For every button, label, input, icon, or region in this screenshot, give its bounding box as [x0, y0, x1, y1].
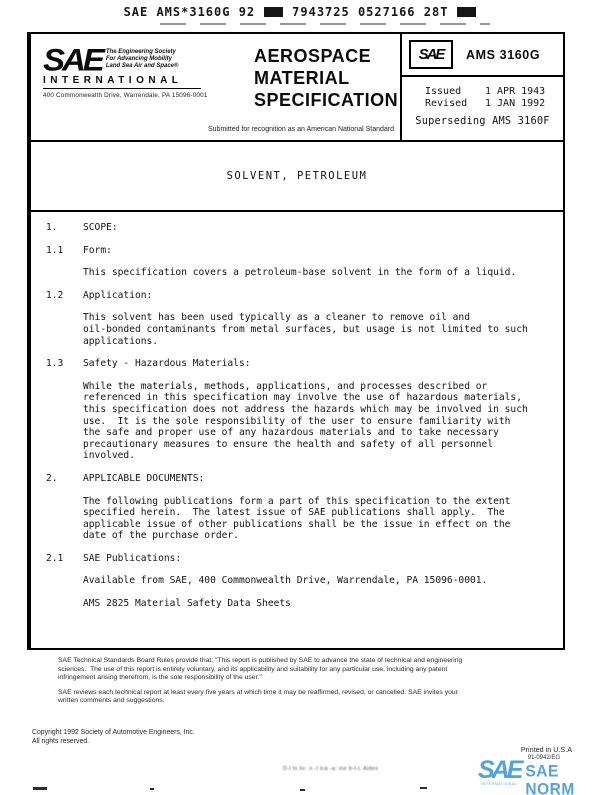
section-number: 1.: [46, 222, 83, 234]
doc-type-line: MATERIAL: [254, 67, 398, 89]
sae-international-label: INTERNATIONAL: [43, 75, 201, 89]
doc-number-row: SAE AMS 3160G: [402, 34, 563, 77]
section-heading: APPLICABLE DOCUMENTS:: [83, 473, 204, 485]
scan-block-icon: [457, 7, 476, 17]
spec-title: SOLVENT, PETROLEUM: [31, 142, 563, 212]
section-number: 2.: [46, 473, 83, 485]
publisher-panel: SAE The Engineering Society For Advancin…: [31, 34, 402, 140]
spec-frame: SAE The Engineering Society For Advancin…: [27, 32, 565, 650]
doc-number: AMS 3160G: [466, 48, 540, 62]
section-number: 1.1: [46, 245, 83, 257]
publisher-address: 400 Commonwealth Drive, Warrendale, PA 1…: [43, 92, 243, 99]
section-safety: 1.3 Safety - Hazardous Materials: While …: [46, 358, 549, 462]
scan-artifact: [300, 789, 305, 791]
section-number: 1.3: [46, 358, 83, 370]
norm-title: SAE NORM: [525, 763, 600, 795]
section-paragraph: The following publications form a part o…: [83, 496, 549, 542]
copyright-block: Copyright 1992 Society of Automotive Eng…: [32, 729, 195, 746]
section-sae-publications: 2.1 SAE Publications: Available from SAE…: [46, 553, 549, 610]
section-heading: Form:: [83, 245, 112, 257]
sae-tagline: The Engineering Society For Advancing Mo…: [106, 46, 179, 70]
section-paragraph: Available from SAE, 400 Commonwealth Dri…: [83, 575, 549, 587]
spec-header: SAE The Engineering Society For Advancin…: [31, 34, 563, 142]
document-page: SAE AMS*3160G 92 7943725 0527166 28T SAE…: [0, 0, 600, 795]
section-number: 1.2: [46, 290, 83, 302]
scan-code-left: SAE AMS*3160G 92: [124, 5, 256, 19]
section-heading: SCOPE:: [83, 222, 118, 234]
superseding-note: Superseding AMS 3160F: [402, 115, 563, 127]
sae-logo: SAE The Engineering Society For Advancin…: [43, 46, 243, 99]
section-number: 2.1: [46, 553, 83, 565]
doc-type-line: AEROSPACE: [254, 45, 398, 67]
doc-type-line: SPECIFICATION: [254, 89, 398, 111]
footer-notes: SAE Technical Standards Board Rules prov…: [58, 657, 550, 706]
section-heading: Application:: [83, 290, 152, 302]
section-paragraph: While the materials, methods, applicatio…: [83, 381, 549, 462]
document-type-title: AEROSPACE MATERIAL SPECIFICATION: [254, 45, 398, 111]
issued-date: 1 APR 1943: [485, 86, 545, 98]
norm-sae-wordmark-icon: SAE: [478, 760, 520, 781]
copyright-line: Copyright 1992 Society of Automotive Eng…: [32, 729, 195, 738]
tagline-line: The Engineering Society: [106, 49, 176, 55]
printed-in-usa: Printed in U.S.A: [521, 745, 572, 754]
rights-line: All rights reserved.: [32, 738, 195, 747]
section-paragraph: AMS 2825 Material Safety Data Sheets: [83, 598, 549, 610]
section-applicable-documents: 2. APPLICABLE DOCUMENTS: The following p…: [46, 473, 549, 542]
doc-id-panel: SAE AMS 3160G Issued 1 APR 1943 Revised …: [402, 34, 563, 140]
sae-wordmark-icon: SAE: [43, 47, 102, 74]
revision-block: Issued 1 APR 1943 Revised 1 JAN 1992 Sup…: [402, 77, 563, 140]
section-paragraph: This specification covers a petroleum-ba…: [83, 267, 549, 279]
review-policy-note: SAE reviews each technical report at lea…: [58, 689, 550, 706]
section-heading: Safety - Hazardous Materials:: [83, 358, 251, 370]
section-application: 1.2 Application: This solvent has been u…: [46, 290, 549, 347]
section-scope: 1. SCOPE:: [46, 222, 549, 234]
scan-artifact: [150, 788, 154, 790]
scan-block-icon: [264, 7, 283, 17]
ansi-submission-note: Submitted for recognition as an American…: [208, 126, 394, 133]
tagline-line: For Advancing Mobility: [106, 56, 172, 62]
issued-row: Issued 1 APR 1943: [402, 86, 563, 98]
scan-artifact: [33, 787, 47, 790]
scan-code-right: 7943725 0527166 28T: [292, 5, 448, 19]
revised-row: Revised 1 JAN 1992: [402, 98, 563, 110]
sae-norm-logo: SAE INTERNATIONAL SAE NORM STANDARDS: [478, 760, 600, 795]
spec-body: 1. SCOPE: 1.1 Form: This specification c…: [31, 212, 563, 648]
scan-underline-artifact: [160, 23, 490, 25]
issued-label: Issued: [425, 86, 485, 98]
revised-label: Revised: [425, 98, 485, 110]
sae-small-logo-icon: SAE: [409, 40, 453, 69]
section-paragraph: This solvent has been used typically as …: [83, 312, 549, 347]
norm-international-label: INTERNATIONAL: [481, 782, 517, 786]
scan-artifact: [420, 787, 427, 789]
tagline-line: Land Sea Air and Space®: [106, 63, 179, 69]
section-heading: SAE Publications:: [83, 553, 181, 565]
board-rules-note: SAE Technical Standards Board Rules prov…: [58, 657, 550, 683]
scan-code-line: SAE AMS*3160G 92 7943725 0527166 28T: [0, 5, 600, 19]
revised-date: 1 JAN 1992: [485, 98, 545, 110]
faint-microprint: D-l ts lic: n -l lca -a: ine b-l-t. Aide…: [283, 766, 378, 772]
section-form: 1.1 Form: This specification covers a pe…: [46, 245, 549, 279]
